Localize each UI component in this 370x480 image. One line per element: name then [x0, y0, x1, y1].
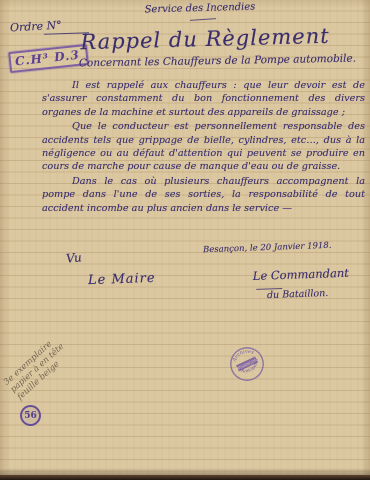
- body-paragraphs: Il est rappelé aux chauffeurs : que leur…: [42, 79, 365, 216]
- dateline: Besançon, le 20 Janvier 1918.: [203, 241, 332, 255]
- folio-number-stamp: 56: [20, 405, 41, 426]
- document-subtitle: Concernant les Chauffeurs de la Pompe au…: [70, 52, 365, 69]
- pencil-archivist-note: 3e exemplaire papier à en tête feuille b…: [2, 329, 79, 402]
- document-page: Service des Incendies Ordre N° C.H³ D.3 …: [0, 0, 370, 480]
- scan-edge-shadow: [0, 475, 370, 480]
- vu-annotation: Vu: [65, 250, 82, 266]
- service-header: Service des Incendies: [130, 1, 270, 16]
- battalion-signature-line: du Bataillon.: [267, 288, 329, 301]
- archive-round-stamp: Archives BESANÇON Municipales: [224, 341, 271, 388]
- paragraph-seniority: Dans le cas où plusieurs chauffeurs acco…: [42, 175, 365, 215]
- paragraph-responsibility: Que le conducteur est personnellement re…: [42, 120, 365, 174]
- document-title: Rappel du Règlement: [55, 23, 356, 55]
- mayor-signature-title: Le Maire: [88, 271, 156, 288]
- paragraph-duty: Il est rappelé aux chauffeurs : que leur…: [42, 79, 365, 119]
- service-underline-flourish: [190, 18, 216, 21]
